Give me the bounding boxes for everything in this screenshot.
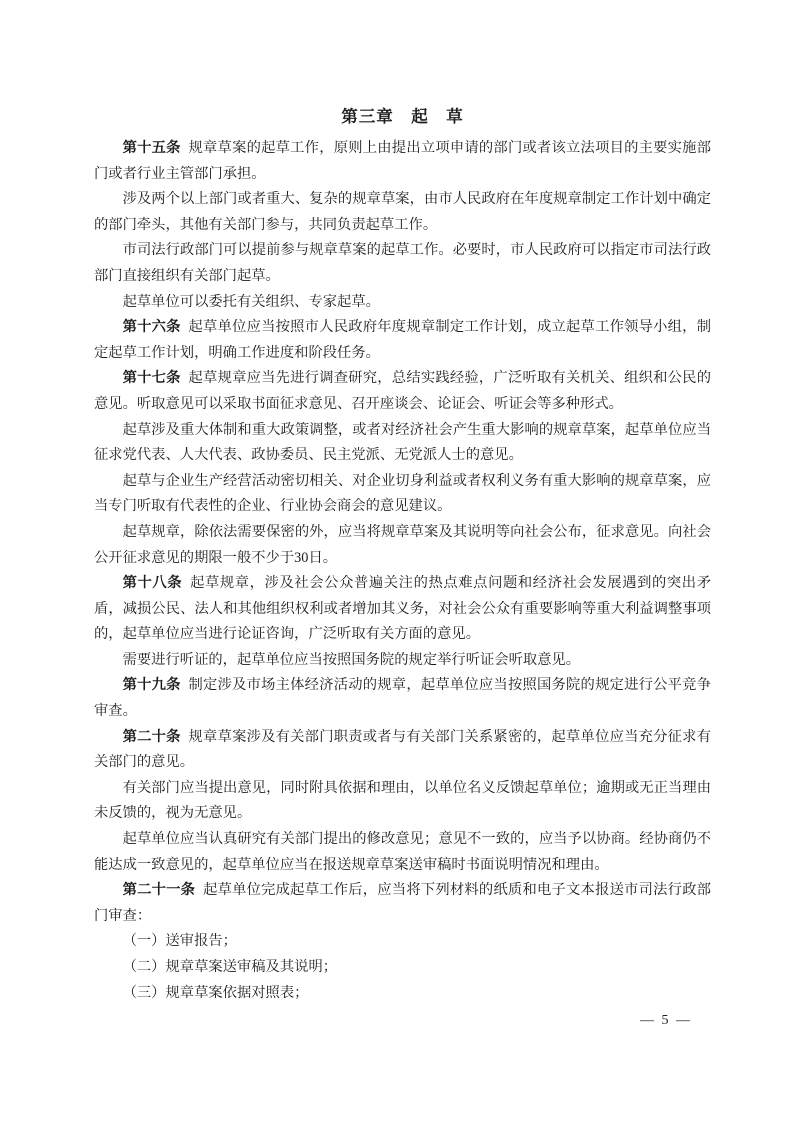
article-number: 第十七条 — [123, 370, 181, 386]
paragraph: 起草单位应当认真研究有关部门提出的修改意见；意见不一致的，应当予以协商。经协商仍… — [94, 827, 711, 878]
paragraph-text: 需要进行听证的，起草单位应当按照国务院的规定举行听证会听取意见。 — [123, 652, 581, 668]
paragraph: 需要进行听证的，起草单位应当按照国务院的规定举行听证会听取意见。 — [94, 648, 711, 674]
document-page: 第三章 起 草 第十五条规章草案的起草工作，原则上由提出立项申请的部门或者该立法… — [0, 0, 793, 1122]
paragraph: 第十八条起草规章，涉及社会公众普遍关注的热点难点问题和经济社会发展遇到的突出矛盾… — [94, 571, 711, 648]
paragraph-text: 起草单位可以委托有关组织、专家起草。 — [123, 294, 380, 310]
article-number: 第二十一条 — [123, 882, 196, 898]
list-item: （三）规章草案依据对照表； — [94, 981, 711, 1007]
paragraph-text: 起草单位应当认真研究有关部门提出的修改意见；意见不一致的，应当予以协商。经协商仍… — [94, 831, 711, 873]
paragraph: 第十六条起草单位应当按照市人民政府年度规章制定工作计划，成立起草工作领导小组，制… — [94, 315, 711, 366]
paragraph-text: 涉及两个以上部门或者重大、复杂的规章草案，由市人民政府在年度规章制定工作计划中确… — [94, 191, 711, 233]
paragraph-text: 起草规章，涉及社会公众普遍关注的热点难点问题和经济社会发展遇到的突出矛盾，减损公… — [94, 575, 711, 642]
article-number: 第二十条 — [123, 729, 181, 745]
list-item: （二）规章草案送审稿及其说明； — [94, 955, 711, 981]
paragraph: 第二十条规章草案涉及有关部门职责或者与有关部门关系紧密的，起草单位应当充分征求有… — [94, 725, 711, 776]
article-number: 第十五条 — [123, 140, 181, 156]
paragraph-text: 市司法行政部门可以提前参与规章草案的起草工作。必要时，市人民政府可以指定市司法行… — [94, 242, 711, 284]
paragraph-text: 起草单位应当按照市人民政府年度规章制定工作计划，成立起草工作领导小组，制定起草工… — [94, 319, 711, 361]
paragraph: 第十九条制定涉及市场主体经济活动的规章，起草单位应当按照国务院的规定进行公平竞争… — [94, 673, 711, 724]
paragraph-text: 起草涉及重大体制和重大政策调整，或者对经济社会产生重大影响的规章草案，起草单位应… — [94, 422, 711, 464]
list-item: （一）送审报告； — [94, 929, 711, 955]
paragraph-text: （一）送审报告； — [123, 933, 237, 949]
article-number: 第十九条 — [123, 677, 181, 693]
paragraph: 起草单位可以委托有关组织、专家起草。 — [94, 290, 711, 316]
paragraph-text: 规章草案涉及有关部门职责或者与有关部门关系紧密的，起草单位应当充分征求有关部门的… — [94, 729, 711, 771]
paragraph: 起草涉及重大体制和重大政策调整，或者对经济社会产生重大影响的规章草案，起草单位应… — [94, 418, 711, 469]
paragraph: 起草与企业生产经营活动密切相关、对企业切身利益或者权利义务有重大影响的规章草案，… — [94, 469, 711, 520]
paragraph: 第十七条起草规章应当先进行调查研究，总结实践经验，广泛听取有关机关、组织和公民的… — [94, 366, 711, 417]
paragraph: 起草规章，除依法需要保密的外，应当将规章草案及其说明等向社会公布，征求意见。向社… — [94, 520, 711, 571]
chapter-title: 第三章 起 草 — [94, 104, 711, 130]
paragraph: 第十五条规章草案的起草工作，原则上由提出立项申请的部门或者该立法项目的主要实施部… — [94, 136, 711, 187]
article-number: 第十八条 — [123, 575, 183, 591]
paragraph: 涉及两个以上部门或者重大、复杂的规章草案，由市人民政府在年度规章制定工作计划中确… — [94, 187, 711, 238]
paragraph-text: （三）规章草案依据对照表； — [123, 985, 309, 1001]
paragraph-text: （二）规章草案送审稿及其说明； — [123, 959, 337, 975]
paragraph: 第二十一条起草单位完成起草工作后，应当将下列材料的纸质和电子文本报送市司法行政部… — [94, 878, 711, 929]
article-number: 第十六条 — [123, 319, 181, 335]
paragraph-text: 起草规章，除依法需要保密的外，应当将规章草案及其说明等向社会公布，征求意见。向社… — [94, 524, 711, 566]
paragraph-text: 起草与企业生产经营活动密切相关、对企业切身利益或者权利义务有重大影响的规章草案，… — [94, 473, 711, 515]
paragraph-text: 制定涉及市场主体经济活动的规章，起草单位应当按照国务院的规定进行公平竞争审查。 — [94, 677, 711, 719]
paragraph-text: 有关部门应当提出意见，同时附具依据和理由，以单位名义反馈起草单位；逾期或无正当理… — [94, 780, 711, 822]
paragraph: 有关部门应当提出意见，同时附具依据和理由，以单位名义反馈起草单位；逾期或无正当理… — [94, 776, 711, 827]
paragraph: 市司法行政部门可以提前参与规章草案的起草工作。必要时，市人民政府可以指定市司法行… — [94, 238, 711, 289]
document-body: 第三章 起 草 第十五条规章草案的起草工作，原则上由提出立项申请的部门或者该立法… — [94, 104, 711, 1006]
paragraph-text: 规章草案的起草工作，原则上由提出立项申请的部门或者该立法项目的主要实施部门或者行… — [94, 140, 711, 182]
page-number: — 5 — — [640, 1011, 692, 1031]
paragraph-text: 起草规章应当先进行调查研究，总结实践经验，广泛听取有关机关、组织和公民的意见。听… — [94, 370, 711, 412]
